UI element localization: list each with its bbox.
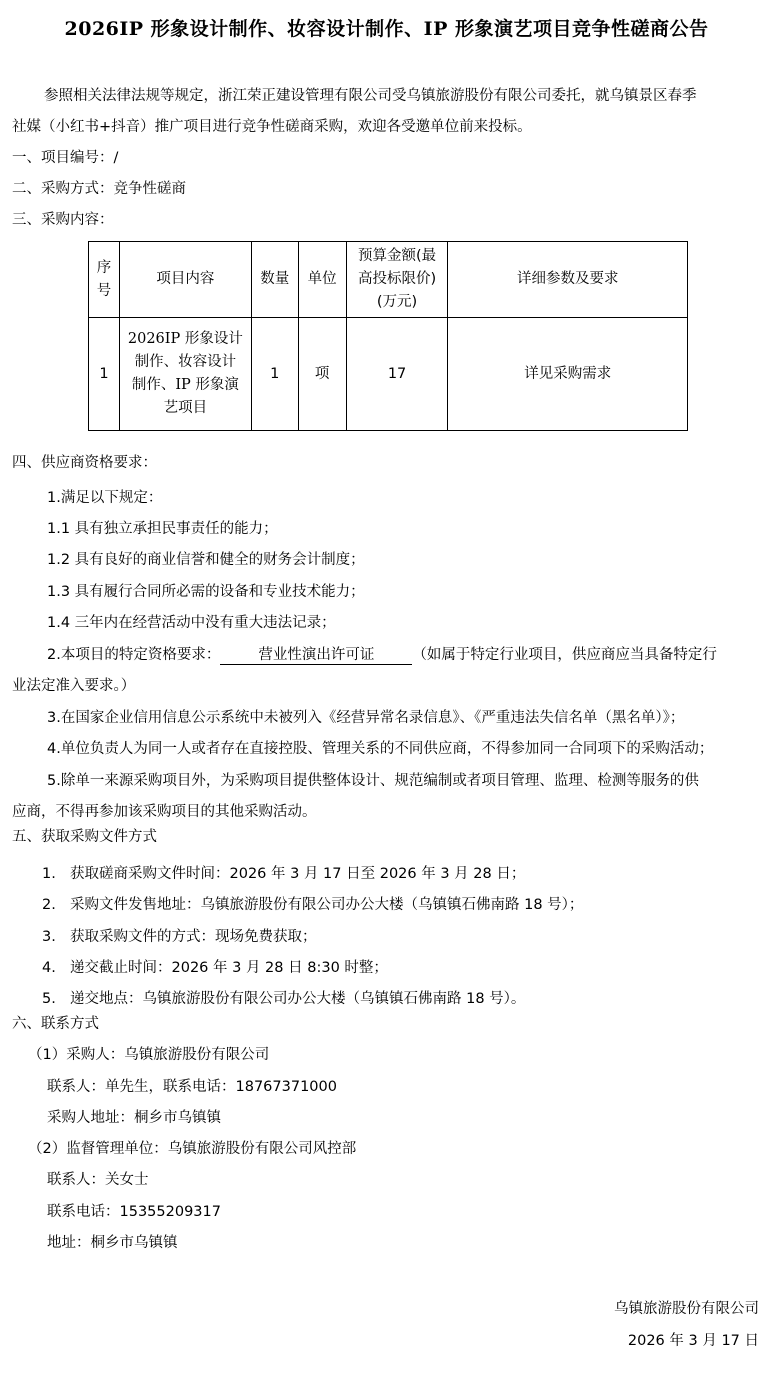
contact-supervisor-phone: 联系电话：15355209317 — [47, 1202, 221, 1222]
cell-content-line-1: 2026IP 形象设计 — [122, 328, 249, 351]
section-obtain-documents: 五、获取采购文件方式 — [12, 827, 157, 847]
section-procurement-content: 三、采购内容： — [12, 210, 114, 230]
qualification-item-2-suffix: （如属于特定行业项目，供应商应当具备特定行 — [412, 647, 717, 663]
obtain-item-3-text: 获取采购文件的方式：现场免费获取； — [70, 929, 317, 945]
cell-unit: 项 — [298, 318, 346, 431]
qualification-item-2-prefix: 2.本项目的特定资格要求： — [47, 647, 220, 663]
obtain-item-5-text: 递交地点：乌镇旅游股份有限公司办公大楼（乌镇镇石佛南路 18 号）。 — [70, 991, 525, 1007]
qualification-item-1-3: 1.3 具有履行合同所必需的设备和专业技术能力； — [47, 582, 365, 602]
qualification-item-5-line-1: 5.除单一来源采购项目外，为采购项目提供整体设计、规范编制或者项目管理、监理、检… — [47, 771, 699, 791]
page-title: 2026IP 形象设计制作、妆容设计制作、IP 形象演艺项目竞争性磋商公告 — [0, 14, 773, 41]
obtain-item-1-num: 1. — [42, 864, 70, 884]
qualification-item-3: 3.在国家企业信用信息公示系统中未被列入《经营异常名录信息》、《严重违法失信名单… — [47, 708, 684, 728]
obtain-item-1: 1.获取磋商采购文件时间：2026 年 3 月 17 日至 2026 年 3 月… — [42, 864, 525, 884]
header-seq: 序 号 — [89, 242, 120, 318]
cell-content-line-4: 艺项目 — [122, 397, 249, 420]
header-qty: 数量 — [251, 242, 298, 318]
contact-buyer-address: 采购人地址：桐乡市乌镇镇 — [47, 1108, 221, 1128]
obtain-item-4-num: 4. — [42, 958, 70, 978]
contact-supervisor: （2）监督管理单位：乌镇旅游股份有限公司风控部 — [28, 1139, 356, 1159]
header-budget-line-1: 预算金额(最 — [349, 245, 446, 268]
section-procurement-method: 二、采购方式：竞争性磋商 — [12, 179, 186, 199]
table-row: 1 2026IP 形象设计 制作、妆容设计 制作、IP 形象演 艺项目 1 项 … — [89, 318, 688, 431]
section-supplier-qualification: 四、供应商资格要求： — [12, 453, 157, 473]
footer-date: 2026 年 3 月 17 日 — [628, 1331, 759, 1351]
obtain-item-1-text: 获取磋商采购文件时间：2026 年 3 月 17 日至 2026 年 3 月 2… — [70, 866, 525, 882]
obtain-item-2: 2.采购文件发售地址：乌镇旅游股份有限公司办公大楼（乌镇镇石佛南路 18 号）； — [42, 895, 583, 915]
header-details: 详细参数及要求 — [448, 242, 688, 318]
procurement-table: 序 号 项目内容 数量 单位 预算金额(最 高投标限价) (万元) 详细参数及要… — [88, 241, 688, 431]
cell-content-line-2: 制作、妆容设计 — [122, 351, 249, 374]
cell-content: 2026IP 形象设计 制作、妆容设计 制作、IP 形象演 艺项目 — [119, 318, 251, 431]
intro-line-2: 社媒（小红书+抖音）推广项目进行竞争性磋商采购，欢迎各受邀单位前来投标。 — [12, 117, 532, 137]
obtain-item-5: 5.递交地点：乌镇旅游股份有限公司办公大楼（乌镇镇石佛南路 18 号）。 — [42, 989, 525, 1009]
contact-supervisor-address: 地址：桐乡市乌镇镇 — [47, 1233, 178, 1253]
obtain-item-3: 3.获取采购文件的方式：现场免费获取； — [42, 927, 317, 947]
obtain-item-4: 4.递交截止时间：2026 年 3 月 28 日 8:30 时整； — [42, 958, 388, 978]
cell-qty: 1 — [251, 318, 298, 431]
qualification-item-4: 4.单位负责人为同一人或者存在直接控股、管理关系的不同供应商，不得参加同一合同项… — [47, 739, 713, 759]
qualification-item-5-line-2: 应商，不得再参加该采购项目的其他采购活动。 — [12, 802, 317, 822]
footer-company: 乌镇旅游股份有限公司 — [614, 1299, 759, 1319]
cell-content-line-3: 制作、IP 形象演 — [122, 374, 249, 397]
qualification-item-1: 1.满足以下规定： — [47, 488, 162, 508]
obtain-item-2-num: 2. — [42, 895, 70, 915]
header-seq-line-1: 序 — [91, 257, 117, 280]
obtain-item-3-num: 3. — [42, 927, 70, 947]
header-content: 项目内容 — [119, 242, 251, 318]
qualification-item-2: 2.本项目的特定资格要求：营业性演出许可证（如属于特定行业项目，供应商应当具备特… — [47, 645, 717, 665]
section-contact: 六、联系方式 — [12, 1014, 99, 1034]
header-budget-line-3: (万元) — [349, 291, 446, 314]
obtain-item-5-num: 5. — [42, 989, 70, 1009]
table-header-row: 序 号 项目内容 数量 单位 预算金额(最 高投标限价) (万元) 详细参数及要… — [89, 242, 688, 318]
section-project-number: 一、项目编号：/ — [12, 148, 118, 168]
header-budget-line-2: 高投标限价) — [349, 268, 446, 291]
header-seq-line-2: 号 — [91, 280, 117, 303]
obtain-item-2-text: 采购文件发售地址：乌镇旅游股份有限公司办公大楼（乌镇镇石佛南路 18 号）； — [70, 897, 583, 913]
cell-details: 详见采购需求 — [448, 318, 688, 431]
intro-line-1: 参照相关法律法规等规定，浙江荣正建设管理有限公司受乌镇旅游股份有限公司委托，就乌… — [44, 86, 697, 106]
contact-supervisor-person: 联系人：关女士 — [47, 1170, 149, 1190]
obtain-item-4-text: 递交截止时间：2026 年 3 月 28 日 8:30 时整； — [70, 960, 388, 976]
qualification-item-1-2: 1.2 具有良好的商业信誉和健全的财务会计制度； — [47, 550, 365, 570]
contact-buyer: （1）采购人：乌镇旅游股份有限公司 — [28, 1045, 269, 1065]
qualification-item-1-1: 1.1 具有独立承担民事责任的能力； — [47, 519, 278, 539]
cell-budget: 17 — [346, 318, 448, 431]
header-budget: 预算金额(最 高投标限价) (万元) — [346, 242, 448, 318]
contact-buyer-person: 联系人：单先生，联系电话：18767371000 — [47, 1077, 337, 1097]
qualification-item-2-cont: 业法定准入要求。） — [12, 676, 135, 696]
qualification-license-value: 营业性演出许可证 — [220, 646, 412, 665]
cell-seq: 1 — [89, 318, 120, 431]
qualification-item-1-4: 1.4 三年内在经营活动中没有重大违法记录； — [47, 613, 336, 633]
header-unit: 单位 — [298, 242, 346, 318]
